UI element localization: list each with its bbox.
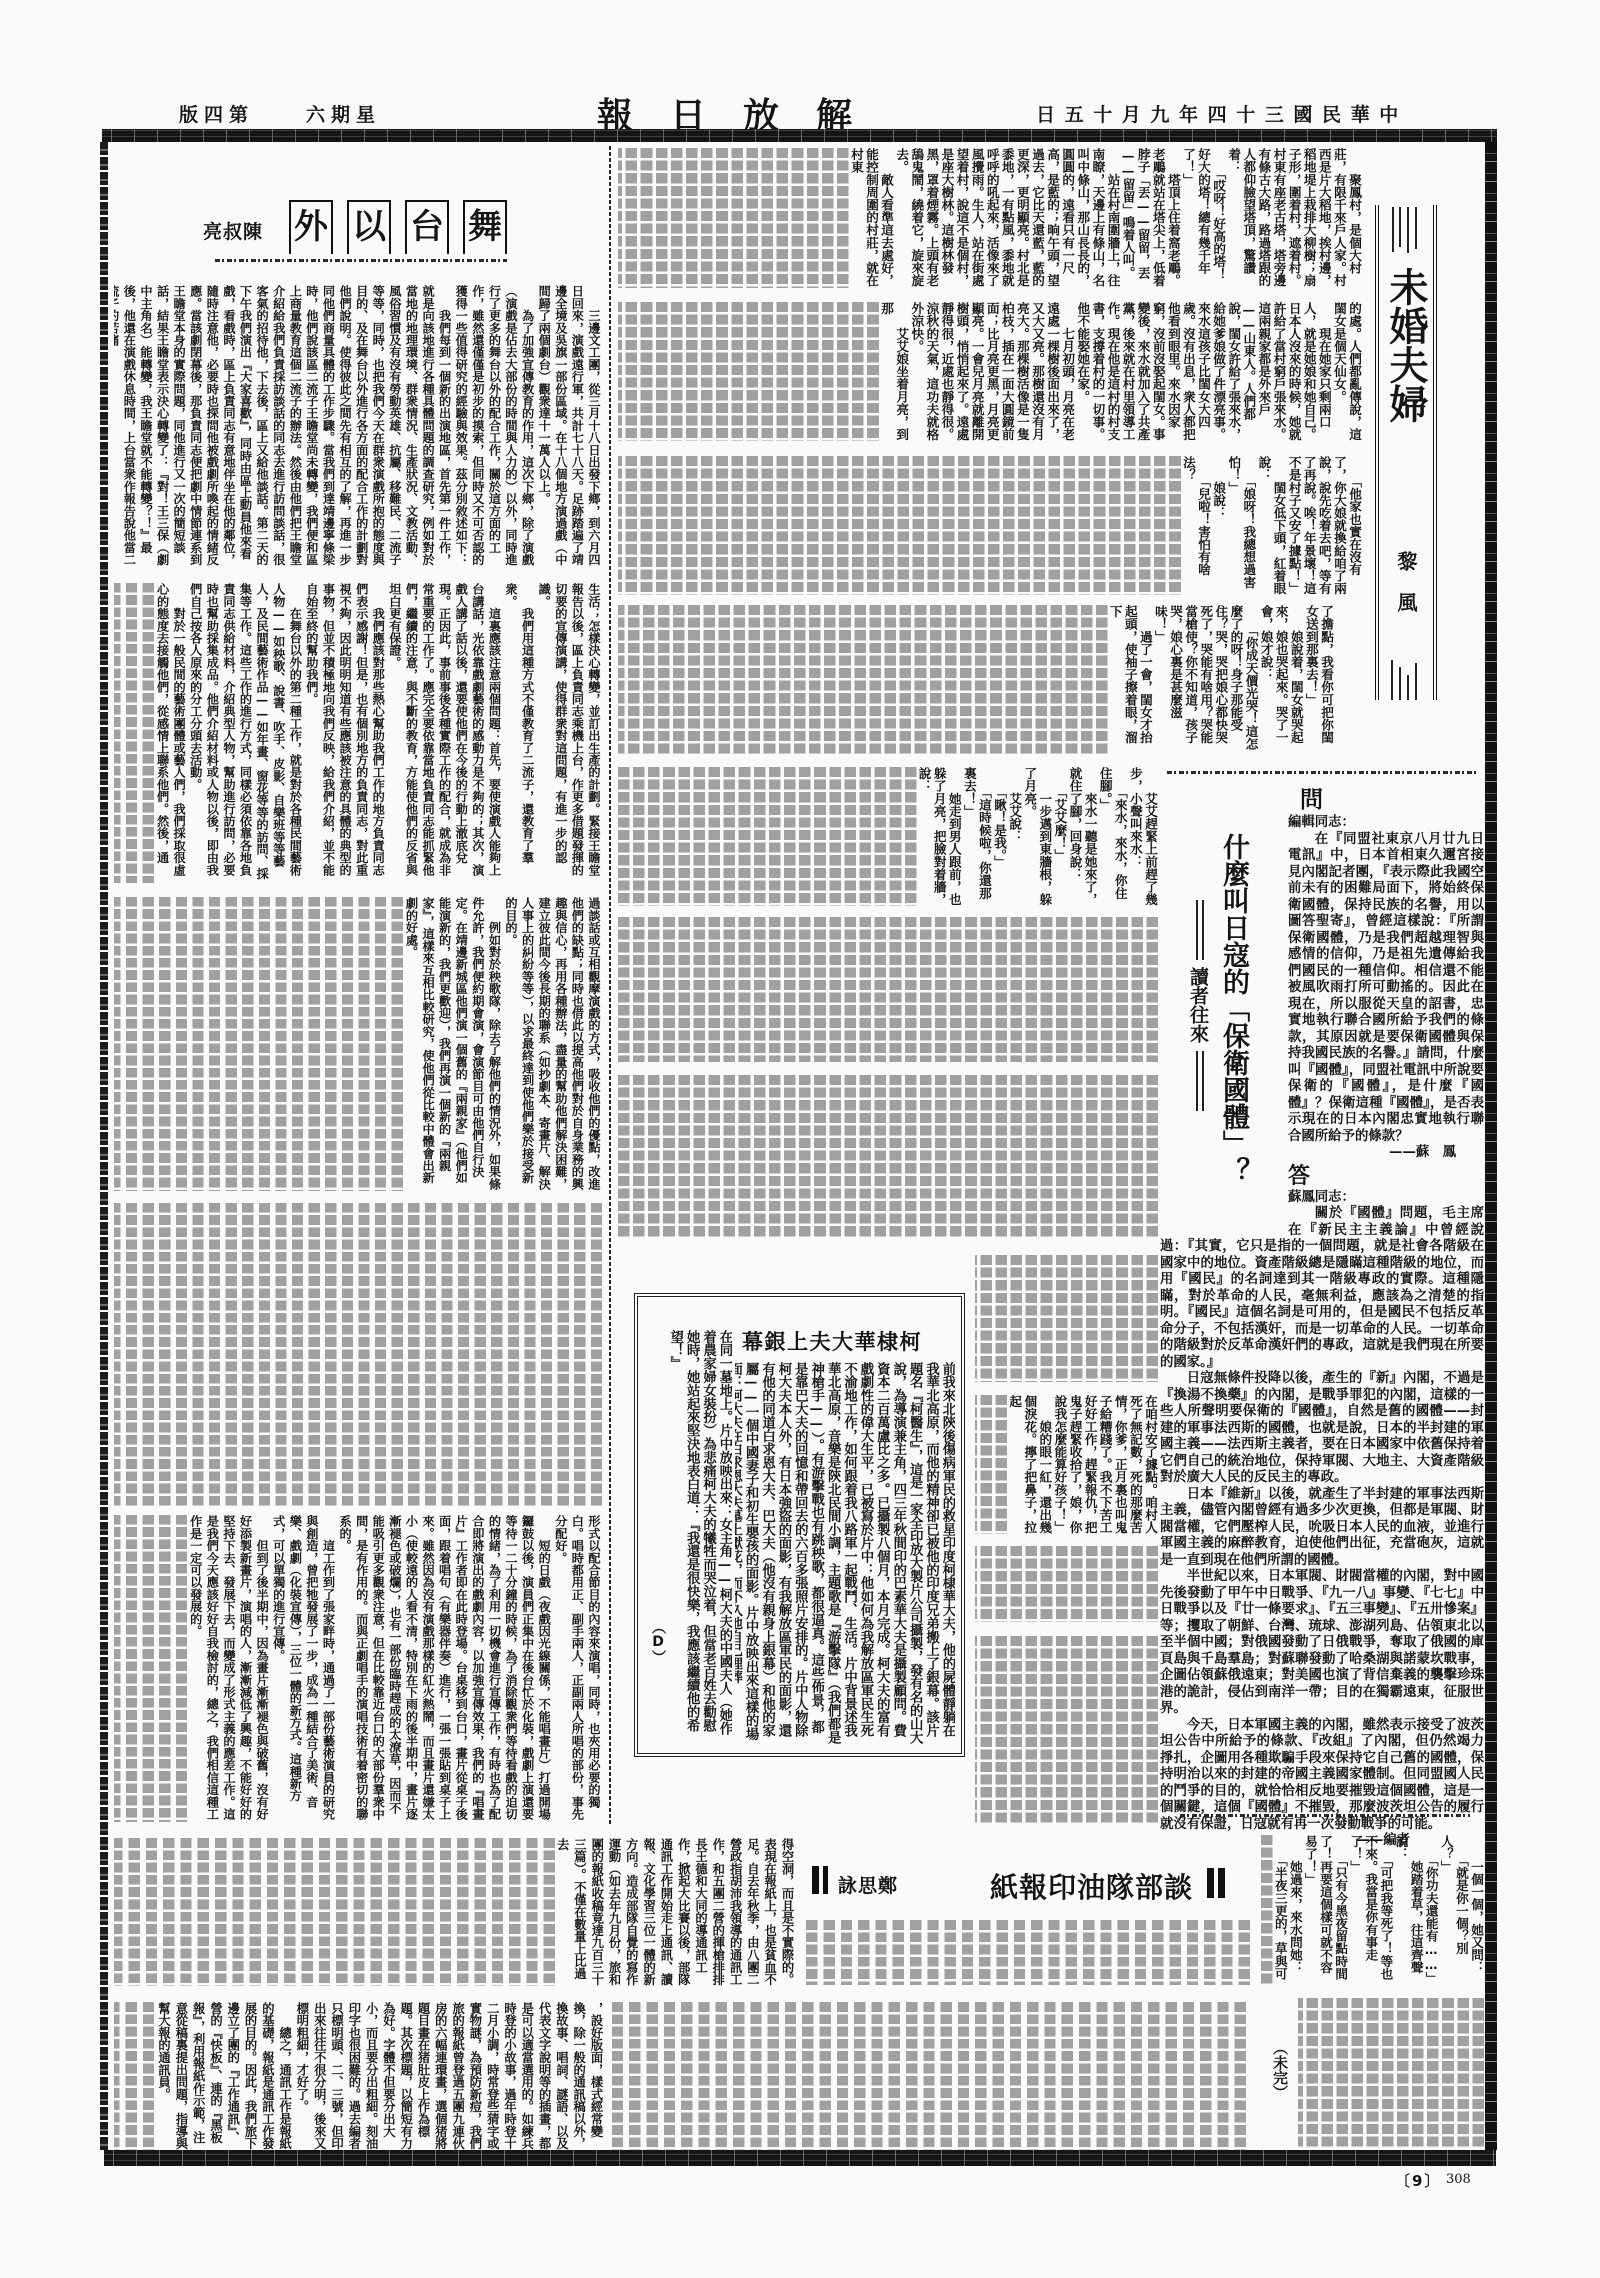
article-text: 過談話或互相觀摩演戲的方式，吸收他們的優點，改進他們的缺點；同時也借此以提高他們… [403,897,602,1191]
weihun-text-band: 一個一個，她又問： 「就是你一個？別人？」 「你功夫還能有……」 她踏着草，往這… [1258,1835,1484,1986]
weekday: 星期六 [306,100,381,127]
serial-number: 308 [1446,2172,1471,2187]
headline-char: 舞 [463,200,507,254]
article-text: 前我來北陝後傷病軍民的救星印度柯棣華大夫，他的屍體靜躺在我華北高原，而他的精神卻… [735,1362,955,1745]
article-text: 三邊文工團，從三月十八日出發下鄉，到六月四日回來，演戲遠行軍，共計七十八天。足跡… [114,285,602,568]
ornament-line [1202,1051,1204,1111]
article-text: 一個一個，她又問： 「就是你一個？別人？」 「你功夫還能有……」 她踏着草，往這… [1273,1835,1484,1986]
ornament-line [1415,663,1417,700]
wutai-text-band: 三邊文工團，從三月十八日出發下鄉，到六月四日回來，演戲遠行軍，共計七十八天。足跡… [114,285,602,568]
youyin-headline: 談部隊油印報紙 [990,1866,1193,1906]
weihun-text-band: 「他家也實在沒有了，你大娘就換給咱了兩說，說先吃着去吧，等有了再說。唉！年景壞！… [618,456,1362,595]
page-number: 〔9〕 [1395,2170,1441,2191]
guoti-title-area: 什麼叫日寇的「保衛國體」？ 讀者往來 [1160,815,1288,1233]
ornament-line [1407,207,1409,253]
question-heading: 問 [1300,781,1323,814]
weihun-byline: 黎風 [1379,551,1433,633]
youyin-text-band: 得空洞，而且是不實際的。表現在報紙上，也是貧血不足。自去年秋季，由八團二營政指胡… [555,1838,795,1986]
weihun-text-band: 在咱村安了據點。咱村人死了無記數，死的那麼苦情，你爹，正月裏也叫鬼子給糟踐了。我… [975,1395,1158,1534]
page-label: 第四版 [179,100,254,127]
ornament-line [1407,675,1409,700]
right-border [1485,142,1497,2150]
article-text: 艾艾趕緊上前趕了幾步，小聲叫來水： 「來水，來水，你住住腳。」 來水一聽是她來了… [917,767,1159,906]
top-rule [102,129,1497,142]
article-text: ，設好版面，樣式經常變換，除一般的通訊稿以外，換故事、唱詞、謎語、以及代表文字說… [154,2002,604,2150]
headline-char: 以 [347,200,391,254]
weihun-title-strip: 未婚夫婦 黎風 [1375,205,1437,700]
wutai-text-band: 生活；怎樣決心轉變，並訂出生產的計劃。緊接王瞻堂報告以後，區上負責同志乘機上台，… [114,583,602,883]
ornament-line [1196,900,1198,960]
article-text: 聚鳳村，是個大村莊，有限千來戶人家。村西是片大稻地，挨村邊，稻地堤上栽排大柳樹；… [849,148,1362,288]
left-border [100,142,108,2150]
headline-char: 台 [405,200,449,254]
guoti-section: 什麼叫日寇的「保衛國體」？ 讀者往來 編輯同志： 在『同盟社東京八月廿九日電訊』… [1160,815,1484,1850]
youyin-text-band-illegible [800,1920,1250,1985]
answer-paragraph: 日寇無條件投降以後，產生的『新』內閣，不過是『換湯不換藥』的內閣，是戰爭罪犯的內… [1160,1371,1484,1487]
column-divider-vertical [609,146,611,1826]
answer-signature: ——編者 [1160,1833,1484,1850]
wutai-byline: 陳叔亮 [203,217,263,244]
wutai-text-band: 過談話或互相觀摩演戲的方式，吸收他們的優點，改進他們的缺點；同時也借此以提高他們… [114,897,602,1191]
youyin-text-band-illegible [114,1838,555,1986]
answer-paragraph: 今天，日本軍國主義的內閣，雖然表示接受了波茨坦公告中所給予的條款、『改組』了內閣… [1160,1718,1484,1834]
article-text: 得空洞，而且是不實際的。表現在報紙上，也是貧血不足。自去年秋季，由八團二營政指胡… [555,1838,795,1986]
column-label: 讀者往來 [1187,967,1209,1043]
answer-paragraph: 日本『維新』以後，就產生了半封建的軍事法西斯主義，儘管內閣曾經有過多少次更換，但… [1160,1487,1484,1570]
byline-ornament-icon [812,1866,828,1894]
kedihua-signature: （D） [648,1620,668,1664]
article-text: 了擔點，我看你可把你閨女送到那裏去！」 娘說着，閨女就哭起來，娘也哭起來。哭了一… [1108,605,1334,756]
weihun-text-band-illegible [975,1546,1158,1622]
answer-paragraph: 半世紀以來，日本軍閥、財閥當權的內閣，對中國先後發動了甲午中日戰爭、『九一八』事… [1160,1569,1484,1718]
bottom-rule [104,2150,1496,2166]
article-text: 在同一墓地上。片中放映出來：女主角——柯大夫的中國夫人（她作着農家婦女裝扮）為悲… [666,1330,732,1745]
ornament-line [1392,207,1394,252]
article-text: 生活；怎樣決心轉變，並訂出生產的計劃。緊接王瞻堂報告以後，區上負責同志乘機上台，… [154,583,602,883]
weihun-text-band: 聚鳳村，是個大村莊，有限千來戶人家。村西是片大稻地，挨村邊，稻地堤上栽排大柳樹；… [618,148,1362,288]
kedihua-text-main: 前我來北陝後傷病軍民的救星印度柯棣華大夫，他的屍體靜躺在我華北高原，而他的精神卻… [735,1362,955,1745]
weihun-text-band: 的處。人們都亂傳說，這閨女是個天仙女。 現在她家只剩兩口人，就是她娘和她自己。日… [618,302,1362,441]
headline-underline [215,259,507,262]
weihun-text-band-illegible [1298,1998,1484,2149]
youyin-byline: 鄭思詠 [838,1871,898,1898]
ornament-line [1399,207,1401,247]
kedihua-text-left: 在同一墓地上。片中放映出來：女主角——柯大夫的中國夫人（她作着農家婦女裝扮）為悲… [646,1330,732,1745]
headline-char: 外 [289,200,333,254]
weihun-text-band-illegible [975,1636,1158,1825]
ornament-line [1415,207,1417,249]
wutai-text-band-illegible [114,1203,602,1507]
ornament-line [1202,900,1204,960]
wutai-text-band: 形式以配合節目的內容來演唱，同時，也夾用必要的獨白。唱時都用正、副手兩人，正副兩… [114,1515,602,1822]
article-text: 形式以配合節目的內容來演唱，同時，也夾用必要的獨白。唱時都用正、副手兩人，正副兩… [187,1515,602,1822]
kedihua-headline: 柯棣華大夫上銀幕 [742,1326,922,1356]
weihun-text-band: 艾艾趕緊上前趕了幾步，小聲叫來水： 「來水，來水，你住住腳。」 來水一聽是她來了… [618,767,1158,906]
wutai-headline: 舞 台 以 外 [281,200,507,256]
ornament-line [1399,667,1401,700]
weihun-text-band-illegible [975,1255,1158,1382]
headline-ornament-icon [1207,1868,1227,1898]
issue-date: 中華民國三十四年九月十五日 [1036,100,1408,127]
article-text: 的處。人們都亂傳說，這閨女是個天仙女。 現在她家只剩兩口人，就是她娘和她自己。日… [879,302,1362,441]
newspaper-page: 第四版 星期六 解放日報 中華民國三十四年九月十五日 舞 台 以 外 陳叔亮 三… [0,0,1600,2278]
weihun-text-band-illegible [618,1075,1158,1239]
youyin-text-band: ，設好版面，樣式經常變換，除一般的通訊稿以外，換故事、唱詞、謎語、以及代表文字說… [114,2002,604,2150]
weihun-text-band: 了擔點，我看你可把你閨女送到那裏去！」 娘說着，閨女就哭起來，娘也哭起來。哭了一… [618,605,1334,756]
article-text: 在咱村安了據點。咱村人死了無記數，死的那麼苦情，你爹，正月裏也叫鬼子給糟踐了。我… [1007,1395,1158,1534]
weihun-title: 未婚夫婦 [1379,267,1433,423]
article-text: 「他家也實在沒有了，你大娘就換給咱了兩說，說先吃着去吧，等有了再說。唉！年景壞！… [1181,456,1362,595]
guoti-title: 什麼叫日寇的「保衛國體」？ [1218,833,1248,1184]
weihun-text-band-illegible [618,917,1158,1062]
youyin-text-band-illegible [606,2002,1246,2150]
ornament-line [1196,1051,1198,1111]
to-be-continued: （未完） [1270,2040,1291,2100]
section-divider-top [1167,771,1477,774]
ornament-line [1391,660,1393,700]
